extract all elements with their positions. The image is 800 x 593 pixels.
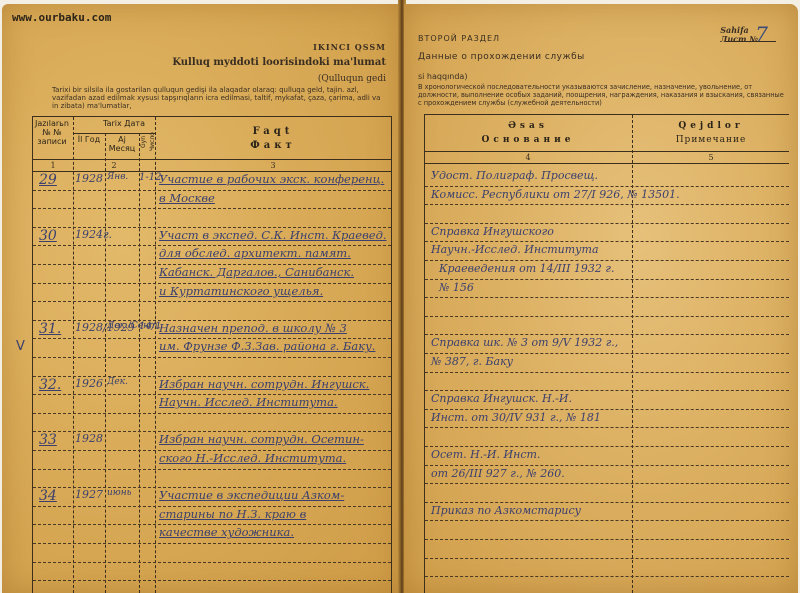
entry-basis-line: № 387, г. Баку: [431, 355, 513, 368]
ruled-line: [425, 279, 789, 280]
entry-basis-line: № 156: [439, 281, 474, 294]
entry-year: 1927: [75, 488, 103, 501]
column-divider: [155, 117, 156, 593]
sheet-number: 7: [755, 22, 768, 46]
header-fact: Faqt Факт: [155, 125, 391, 153]
ruled-line: [33, 357, 391, 358]
record-number: 29: [39, 172, 57, 188]
entry-basis-line: Приказ по Азкомстарису: [431, 504, 581, 517]
col-number-5: 5: [633, 153, 789, 162]
entry-fact-line: Участие в рабочих экск. конференц.: [159, 172, 384, 186]
entry-year: 1924г.: [75, 228, 112, 241]
header-fact-ru: Факт: [155, 139, 391, 153]
col-number-3: 3: [155, 161, 391, 170]
ruled-line: [425, 297, 789, 298]
ruled-line: [425, 409, 789, 410]
ruled-line: [425, 465, 789, 466]
ruled-line: [425, 576, 789, 577]
entry-basis-line: Научн.-Исслед. Института: [431, 243, 599, 256]
entry-fact-line: Научн. Исслед. Института.: [159, 395, 338, 409]
header-notes: Qejdlor Примечание: [633, 119, 789, 147]
right-section-label: ВТОРОЙ РАЗДЕЛ: [418, 34, 500, 43]
sheet-label-ru: Лист №: [720, 35, 758, 44]
header-basis-az: Əsas: [425, 119, 631, 133]
record-number: 34: [39, 488, 57, 504]
entry-fact-line: в Москве: [159, 191, 215, 205]
entry-basis-line: Осет. Н.-И. Инст.: [431, 448, 540, 461]
ruled-line: [33, 543, 391, 544]
entry-month: июнь: [107, 488, 132, 498]
header-month: Aj Месяц: [105, 135, 139, 153]
header-day: Gyn Число: [139, 127, 155, 157]
record-number: 33: [39, 432, 57, 448]
ruled-line: [425, 427, 789, 428]
ruled-line: [425, 316, 789, 317]
col-number-4: 4: [425, 153, 631, 162]
entry-fact-line: качестве художника.: [159, 525, 294, 539]
entry-basis-line: Удост. Полиграф. Просвещ.: [431, 169, 598, 182]
ruled-line: [33, 562, 391, 563]
header-basis: Əsas Основание: [425, 119, 631, 147]
record-number: 32.: [39, 377, 61, 393]
ruled-line: [33, 469, 391, 470]
record-number: 30: [39, 228, 57, 244]
ruled-line: [425, 334, 789, 335]
ruled-line: [33, 580, 391, 581]
col-number-1: 1: [33, 161, 73, 170]
sheet-number-line: [726, 41, 776, 42]
margin-check-mark: V: [16, 339, 25, 354]
entry-basis-line: Краеведения от 14/III 1932 г.: [439, 262, 614, 275]
col-number-2: 2: [73, 161, 155, 170]
entry-year: 1928: [75, 172, 103, 185]
ruled-line: [425, 483, 789, 484]
entry-fact-line: для обслед. архитект. памят.: [159, 246, 351, 260]
record-number: 31.: [39, 321, 61, 337]
header-year: İl Год: [73, 135, 105, 144]
right-page: ВТОРОЙ РАЗДЕЛ Данные о прохождении служб…: [404, 4, 798, 593]
entry-fact-line: Участ в экспед. С.К. Инст. Краевед.: [159, 228, 387, 242]
entry-basis-line: Инст. от 30/IV 931 г., № 181: [431, 411, 601, 424]
entry-basis-line: Комисс. Республики от 27/I 926, № 13501.: [431, 188, 680, 201]
ruled-line: [425, 372, 789, 373]
record-book-spread: www.ourbaku.com IKINCI QSSM Kulluq myddo…: [0, 0, 800, 593]
left-section-label: IKINCI QSSM: [313, 42, 386, 52]
ruled-line: [425, 241, 789, 242]
ruled-line: [425, 260, 789, 261]
left-page: www.ourbaku.com IKINCI QSSM Kulluq myddo…: [2, 4, 400, 593]
right-page-subtitle: si haqqında): [418, 72, 467, 81]
entry-year: 1928: [75, 432, 103, 445]
entry-basis-line: Справка шк. № 3 от 9/V 1932 г.,: [431, 336, 618, 349]
left-page-subtitle: (Qulluqun gedi: [318, 74, 386, 84]
right-instructions: В хронологической последовательности ука…: [418, 83, 784, 107]
header-divider: [33, 159, 391, 160]
entry-fact-line: Участие в экспедиции Азком-: [159, 488, 344, 502]
entry-fact-line: и Куртатинского ущелья.: [159, 284, 323, 298]
header-divider: [73, 133, 155, 134]
header-notes-ru: Примечание: [633, 133, 789, 147]
header-record-no: Jazılarьn № № записи: [33, 119, 71, 146]
entry-fact-line: им. Фрунзе Ф.З.Зав. района г. Баку.: [159, 339, 375, 353]
entry-fact-line: ского Н.-Исслед. Института.: [159, 451, 346, 465]
header-notes-az: Qejdlor: [633, 119, 789, 133]
left-table: Jazılarьn № № записи Tarix Дата İl Год A…: [32, 116, 392, 593]
ruled-line: [425, 558, 789, 559]
entry-fact-line: Избран научн. сотрудн. Ингушск.: [159, 377, 369, 391]
right-page-title: Данные о прохождении службы: [418, 52, 585, 62]
entry-basis-line: Справка Ингушского: [431, 225, 554, 238]
header-fact-az: Faqt: [155, 125, 391, 139]
ruled-line: [33, 208, 391, 209]
ruled-line: [425, 390, 789, 391]
header-divider: [425, 163, 789, 164]
entry-month: Янв.: [107, 172, 128, 182]
entry-fact-line: Кабанск. Даргалов., Санибанск.: [159, 265, 354, 279]
right-table: Əsas Основание Qejdlor Примечание 4 5 Уд…: [424, 114, 789, 593]
left-page-title: Kulluq myddoti loorisindoki ma'lumat: [172, 57, 386, 68]
header-basis-ru: Основание: [425, 133, 631, 147]
ruled-line: [425, 353, 789, 354]
ruled-line: [425, 223, 789, 224]
ruled-line: [425, 520, 789, 521]
left-instructions: Tarixi bir silsila ila gostarilan qulluq…: [52, 86, 386, 110]
entry-fact-line: Избран научн. сотрудн. Осетин-: [159, 432, 364, 446]
ruled-line: [425, 502, 789, 503]
column-divider: [73, 117, 74, 593]
watermark: www.ourbaku.com: [12, 11, 111, 24]
entry-fact-line: старины по Н.З. краю в: [159, 507, 306, 521]
header-divider: [425, 151, 789, 152]
ruled-line: [425, 539, 789, 540]
ruled-line: [425, 446, 789, 447]
entry-fact-line: Назначен препод. в школу № 3: [159, 321, 347, 335]
ruled-line: [33, 413, 391, 414]
entry-basis-line: от 26/III 927 г., № 260.: [431, 467, 565, 480]
entry-basis-line: Справка Ингушск. Н.-И.: [431, 392, 572, 405]
ruled-line: [425, 204, 789, 205]
ruled-line: [33, 301, 391, 302]
entry-year: 1926: [75, 377, 103, 390]
entry-month: Дек.: [107, 377, 128, 387]
ruled-line: [425, 186, 789, 187]
